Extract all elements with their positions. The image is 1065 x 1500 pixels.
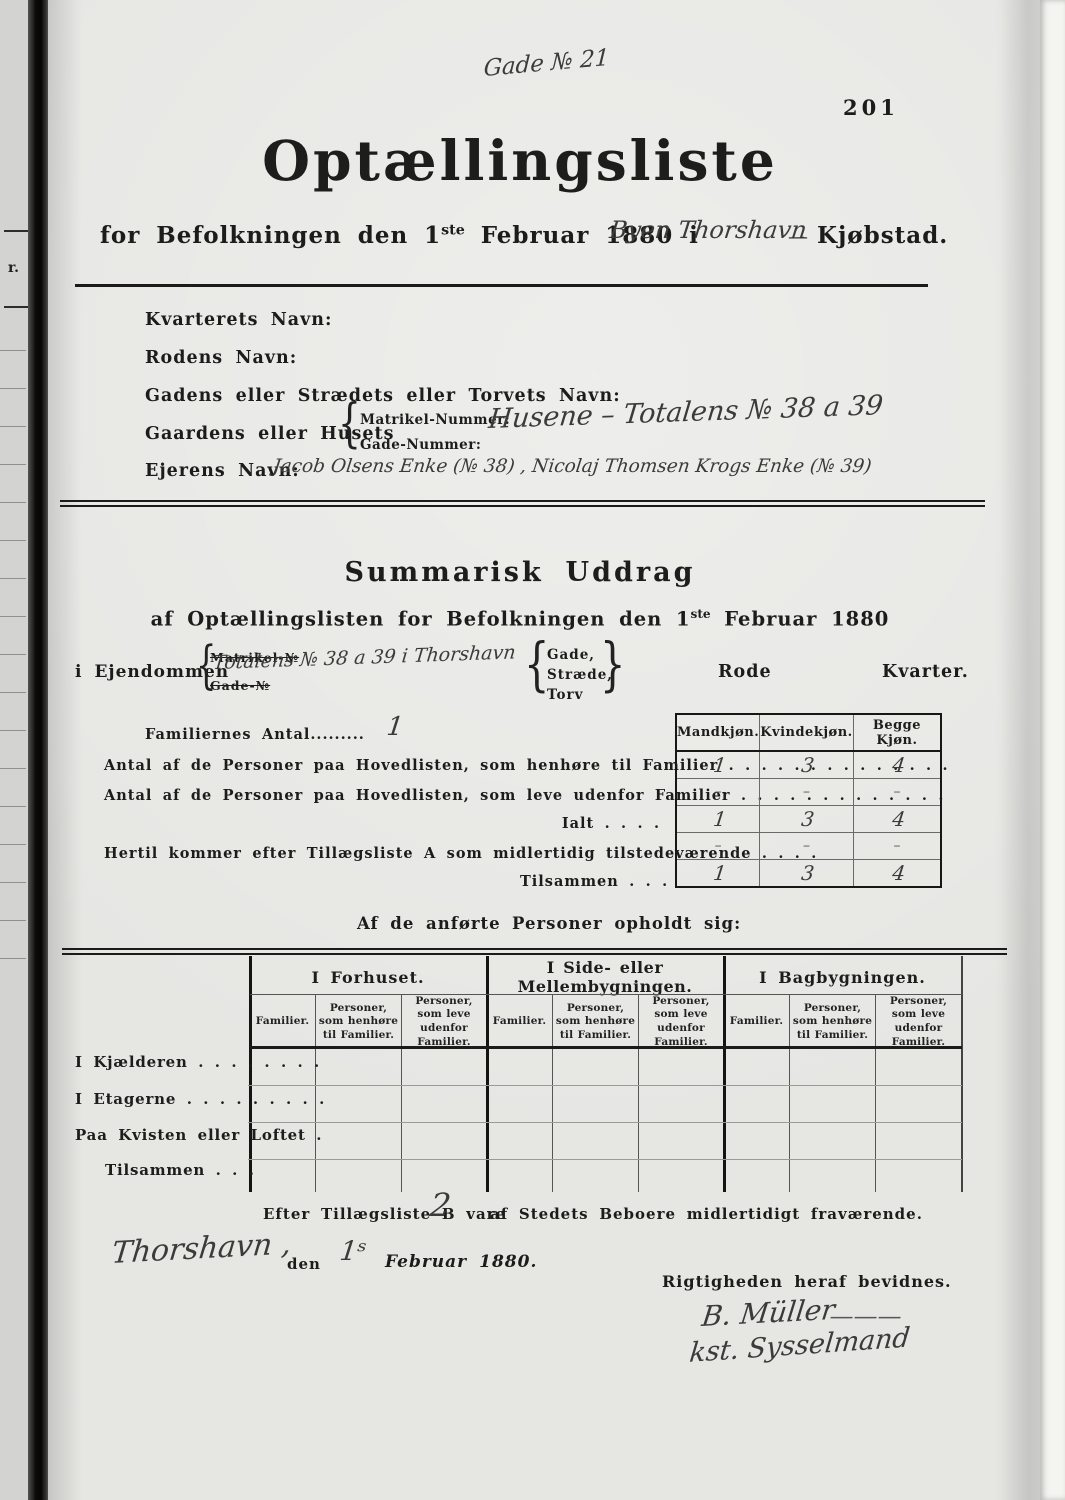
table-row: – – – — [676, 833, 941, 860]
cell-dash: – — [853, 833, 941, 860]
row-label-kjaelderen: I Kjælderen . . . . . . . . — [75, 1053, 320, 1071]
row-separator — [248, 1085, 962, 1086]
ialt-label: Ialt . . . . — [560, 815, 660, 832]
gade-nummer-label: Gade-Nummer: — [360, 437, 481, 453]
subheader-henhoere: Personer, som henhøre til Familier. — [790, 998, 875, 1046]
col-beggekjon: Begge Kjøn. — [853, 714, 941, 751]
cell-dash: – — [676, 833, 760, 860]
subheader-udenfor: Personer, som leve udenfor Familier. — [876, 998, 961, 1046]
form-title: Optællingsliste — [70, 128, 970, 193]
cell-dash: – — [760, 833, 853, 860]
cell-value: 4 — [853, 860, 941, 888]
tilsammen-label: Tilsammen . . . — [520, 873, 660, 890]
gade-no-struck-label: Gade-№ — [210, 678, 270, 693]
gade-option: Gade, — [547, 647, 595, 663]
tillaegsliste-b-post: af Stedets Beboere midlertidigt fraværen… — [490, 1205, 923, 1223]
binding-gutter-shadow — [28, 0, 50, 1500]
row-separator — [248, 1159, 962, 1160]
rodens-navn-label: Rodens Navn: — [145, 348, 297, 368]
cell-value: 4 — [853, 806, 941, 833]
edge-rule — [4, 230, 28, 232]
subheader-bottom-rule — [250, 1046, 962, 1049]
row-label-etagerne: I Etagerne . . . . . . . . . — [75, 1090, 325, 1108]
group-header-mellembygningen: I Side- eller Mellembygningen. — [487, 960, 723, 994]
residence-table-top-rule — [62, 948, 1007, 955]
street-brace-close: } — [600, 632, 625, 699]
summary-counts-table: Mandkjøn. Kvindekjøn. Begge Kjøn. 1 3 4 … — [675, 713, 942, 888]
summary-subtitle-superscript: ste — [691, 607, 711, 621]
kvarter-label: Kvarter. — [882, 662, 969, 682]
cell-value: 1 — [676, 751, 760, 779]
edge-ruled-lines — [0, 350, 26, 990]
cell-value: 3 — [760, 751, 853, 779]
residence-caption-left: Af de anførte — [357, 914, 501, 933]
summary-subtitle-pre: af Optællingslisten for Befolkningen den… — [151, 608, 691, 631]
table-vline — [961, 956, 963, 1192]
subheader-henhoere: Personer, som henhøre til Familier. — [553, 998, 638, 1046]
handwritten-owner-names: Jacob Olsens Enke (№ 38) , Nicolaj Thoms… — [272, 456, 873, 477]
subheader-udenfor: Personer, som leve udenfor Familier. — [402, 998, 486, 1046]
cell-dash: – — [676, 779, 760, 806]
subheader-henhoere: Personer, som henhøre til Familier. — [316, 998, 401, 1046]
adjacent-page-edge: r. — [0, 0, 30, 1500]
rode-label: Rode — [718, 662, 772, 682]
summary-subtitle: af Optællingslisten for Befolkningen den… — [70, 607, 970, 631]
col-mandkjon: Mandkjøn. — [676, 714, 760, 751]
torv-option: Torv — [547, 687, 583, 703]
double-rule — [60, 500, 985, 507]
cell-value: 1 — [676, 860, 760, 888]
summary-subtitle-post: Februar 1880 — [711, 608, 890, 631]
paper-right-edge — [1040, 0, 1065, 1500]
row-separator — [248, 1122, 962, 1123]
page-number: 201 — [843, 95, 899, 120]
subheader-familier: Familier. — [250, 998, 315, 1046]
printed-date: Februar 1880. — [385, 1252, 537, 1272]
edge-margin-text: r. — [8, 260, 19, 276]
col-kvindekjon: Kvindekjøn. — [760, 714, 853, 751]
cell-value: 4 — [853, 751, 941, 779]
table-row: 1 3 4 — [676, 751, 941, 779]
cell-value: 3 — [760, 860, 853, 888]
row-label-tilsammen: Tilsammen . . . — [105, 1161, 245, 1179]
cell-dash: – — [853, 779, 941, 806]
kjobstad-label: Kjøbstad. — [817, 222, 948, 249]
gaardens-brace: { — [338, 395, 361, 454]
handwritten-date: 1ˢ — [338, 1236, 368, 1267]
street-brace-open: { — [524, 632, 549, 699]
group-header-bagbygningen: I Bagbygningen. — [724, 960, 961, 994]
tillaegsliste-b-pre: Efter Tillægsliste B vare — [263, 1205, 506, 1223]
paper-crease — [1000, 0, 1040, 1500]
residence-caption-right: Personer opholdt sig: — [512, 914, 741, 933]
edge-rule — [4, 306, 28, 308]
cell-value: 1 — [676, 806, 760, 833]
attestation-label: Rigtigheden heraf bevidnes. — [662, 1272, 952, 1291]
subtitle-superscript: ste — [441, 222, 465, 238]
table-row: 1 3 4 — [676, 860, 941, 888]
summary-title: Summarisk Uddrag — [70, 557, 970, 588]
cell-dash: – — [760, 779, 853, 806]
subheader-familier: Familier. — [487, 998, 552, 1046]
row-label-kvisten: Paa Kvisten eller Loftet . — [75, 1126, 322, 1144]
kvarterets-navn-label: Kvarterets Navn: — [145, 310, 332, 330]
table-row: 1 3 4 — [676, 806, 941, 833]
table-row: – – – — [676, 779, 941, 806]
group-header-forhuset: I Forhuset. — [250, 960, 486, 994]
subtitle-pre: for Befolkningen den 1 — [100, 222, 441, 249]
den-label: den — [287, 1255, 321, 1273]
horizontal-rule — [75, 284, 928, 287]
handwritten-city: Byen Thorshavn — [608, 216, 808, 244]
subtitle-dash: — — [788, 224, 808, 248]
cell-value: 3 — [760, 806, 853, 833]
scanned-census-document: r. Gade № 21 201 Optællingsliste for Bef… — [0, 0, 1065, 1500]
group-header-underline — [250, 994, 962, 995]
familier-antal-label: Familiernes Antal......... — [145, 726, 365, 743]
subheader-udenfor: Personer, som leve udenfor Familier. — [639, 998, 723, 1046]
subheader-familier: Familier. — [724, 998, 789, 1046]
